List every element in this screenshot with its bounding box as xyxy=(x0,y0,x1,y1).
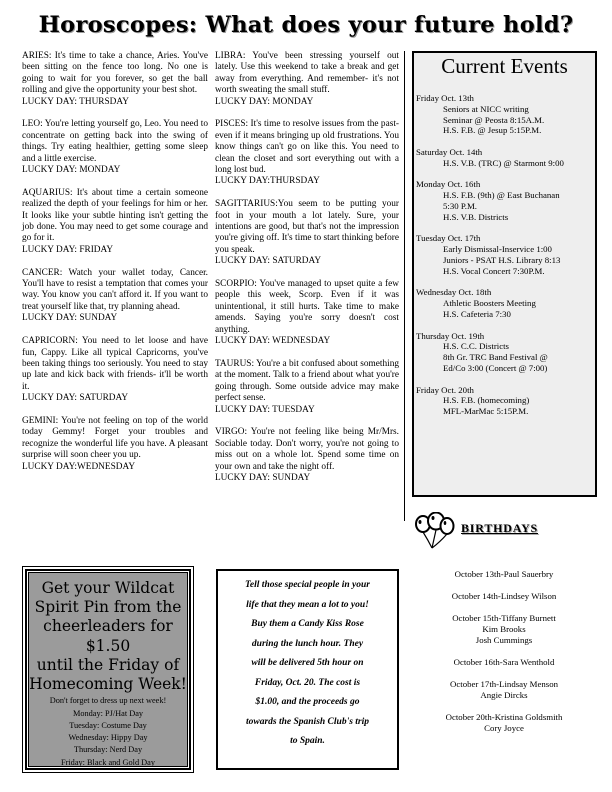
birthday-line: Cory Joyce xyxy=(414,723,594,734)
lucky-day: LUCKY DAY: SUNDAY xyxy=(215,473,399,484)
horoscope-text: VIRGO: You're not feeling like being Mr/… xyxy=(215,427,399,471)
column-divider xyxy=(404,51,405,521)
detail-line: Don't forget to dress up next week! xyxy=(29,695,187,707)
birthday-list: October 13th-Paul Sauerbry October 14th-… xyxy=(414,569,594,745)
event-item: Juniors - PSAT H.S. Library 8:13 xyxy=(414,255,595,266)
birthday-entry: October 14th-Lindsey Wilson xyxy=(414,591,594,602)
event-item: 5:30 P.M. xyxy=(414,201,595,212)
horoscope-text: SAGITTARIUS:You seem to be putting your … xyxy=(215,199,399,255)
horoscope-column-middle: LIBRA: You've been stressing yourself ou… xyxy=(215,51,399,496)
event-item: Ed/Co 3:00 (Concert @ 7:00) xyxy=(414,363,595,374)
birthday-entry: October 17th-Lindsay Menson Angie Dircks xyxy=(414,679,594,701)
horoscope-libra: LIBRA: You've been stressing yourself ou… xyxy=(215,51,399,108)
horoscope-text: PISCES: It's time to resolve issues from… xyxy=(215,119,399,175)
event-group: Monday Oct. 16th H.S. F.B. (9th) @ East … xyxy=(414,179,595,222)
rose-line: to Spain. xyxy=(218,732,397,752)
event-item: H.S. Cafeteria 7:30 xyxy=(414,309,595,320)
event-day: Friday Oct. 20th xyxy=(414,385,595,396)
lucky-day: LUCKY DAY:THURSDAY xyxy=(215,176,399,187)
event-item: H.S. Vocal Concert 7:30P.M. xyxy=(414,266,595,277)
birthday-line: October 14th-Lindsey Wilson xyxy=(414,591,594,602)
birthday-entry: October 15th-Tiffany Burnett Kim Brooks … xyxy=(414,613,594,646)
lucky-day: LUCKY DAY: WEDNESDAY xyxy=(215,336,399,347)
event-group: Thursday Oct. 19th H.S. C.C. Districts 8… xyxy=(414,331,595,374)
birthday-line: October 15th-Tiffany Burnett xyxy=(414,613,594,624)
birthday-line: October 13th-Paul Sauerbry xyxy=(414,569,594,580)
detail-line: Tuesday: Costume Day xyxy=(29,720,187,732)
horoscope-text: CANCER: Watch your wallet today, Cancer.… xyxy=(22,268,208,312)
birthday-line: October 17th-Lindsay Menson xyxy=(414,679,594,690)
spirit-pin-content: Get your Wildcat Spirit Pin from the che… xyxy=(28,572,188,767)
rose-line: life that they mean a lot to you! xyxy=(218,596,397,616)
event-group: Friday Oct. 13th Seniors at NICC writing… xyxy=(414,93,595,136)
event-group: Friday Oct. 20th H.S. F.B. (homecoming) … xyxy=(414,385,595,417)
headline-line: Get your Wildcat xyxy=(29,579,187,598)
rose-line: will be delivered 5th hour on xyxy=(218,654,397,674)
event-group: Saturday Oct. 14th H.S. V.B. (TRC) @ Sta… xyxy=(414,147,595,169)
horoscope-cancer: CANCER: Watch your wallet today, Cancer.… xyxy=(22,268,208,325)
birthday-line: Angie Dircks xyxy=(414,690,594,701)
horoscope-text: LIBRA: You've been stressing yourself ou… xyxy=(215,51,399,95)
lucky-day: LUCKY DAY: SATURDAY xyxy=(215,256,399,267)
event-group: Tuesday Oct. 17th Early Dismissal-Inserv… xyxy=(414,233,595,276)
lucky-day: LUCKY DAY: MONDAY xyxy=(215,97,399,108)
horoscope-text: SCORPIO: You've managed to upset quite a… xyxy=(215,279,399,335)
event-day: Tuesday Oct. 17th xyxy=(414,233,595,244)
event-item: H.S. F.B. (9th) @ East Buchanan xyxy=(414,190,595,201)
birthday-line: October 20th-Kristina Goldsmith xyxy=(414,712,594,723)
rose-line: Friday, Oct. 20. The cost is xyxy=(218,674,397,694)
lucky-day: LUCKY DAY:WEDNESDAY xyxy=(22,462,208,473)
horoscope-text: ARIES: It's time to take a chance, Aries… xyxy=(22,51,208,95)
event-item: H.S. V.B. Districts xyxy=(414,212,595,223)
event-item: MFL-MarMac 5:15P.M. xyxy=(414,406,595,417)
horoscope-taurus: TAURUS: You're a bit confused about some… xyxy=(215,359,399,416)
detail-line: Friday: Black and Gold Day xyxy=(29,757,187,769)
horoscope-text: CAPRICORN: You need to let loose and hav… xyxy=(22,336,208,392)
lucky-day: LUCKY DAY: TUESDAY xyxy=(215,405,399,416)
birthday-entry: October 16th-Sara Wenthold xyxy=(414,657,594,668)
horoscope-scorpio: SCORPIO: You've managed to upset quite a… xyxy=(215,279,399,347)
horoscope-text: AQUARIUS: It's about time a certain some… xyxy=(22,188,208,244)
event-item: Athletic Boosters Meeting xyxy=(414,298,595,309)
current-events-title: Current Events xyxy=(414,53,595,79)
event-item: Seniors at NICC writing xyxy=(414,104,595,115)
event-item: H.S. F.B. (homecoming) xyxy=(414,395,595,406)
horoscope-aquarius: AQUARIUS: It's about time a certain some… xyxy=(22,188,208,256)
horoscope-text: TAURUS: You're a bit confused about some… xyxy=(215,359,399,403)
horoscope-leo: LEO: You're letting yourself go, Leo. Yo… xyxy=(22,119,208,176)
birthdays-header: BIRTHDAYS xyxy=(414,512,594,552)
event-item: 8th Gr. TRC Band Festival @ xyxy=(414,352,595,363)
headline-line: Homecoming Week! xyxy=(29,675,187,694)
event-item: Seminar @ Peosta 8:15A.M. xyxy=(414,115,595,126)
dress-up-days: Don't forget to dress up next week! Mond… xyxy=(29,695,187,769)
lucky-day: LUCKY DAY: MONDAY xyxy=(22,165,208,176)
headline-line: Spirit Pin from the xyxy=(29,598,187,617)
horoscope-aries: ARIES: It's time to take a chance, Aries… xyxy=(22,51,208,108)
spirit-pin-frame: Get your Wildcat Spirit Pin from the che… xyxy=(25,569,191,770)
event-item: H.S. V.B. (TRC) @ Starmont 9:00 xyxy=(414,158,595,169)
lucky-day: LUCKY DAY: THURSDAY xyxy=(22,97,208,108)
rose-line: Tell those special people in your xyxy=(218,576,397,596)
birthday-entry: October 13th-Paul Sauerbry xyxy=(414,569,594,580)
horoscope-gemini: GEMINI: You're not feeling on top of the… xyxy=(22,416,208,473)
event-day: Friday Oct. 13th xyxy=(414,93,595,104)
event-group: Wednesday Oct. 18th Athletic Boosters Me… xyxy=(414,287,595,319)
horoscope-capricorn: CAPRICORN: You need to let loose and hav… xyxy=(22,336,208,404)
headline-line: until the Friday of xyxy=(29,656,187,675)
rose-line: during the lunch hour. They xyxy=(218,635,397,655)
page-title: Horoscopes: What does your future hold? xyxy=(0,12,612,38)
candy-rose-ad: Tell those special people in your life t… xyxy=(216,569,399,770)
birthday-line: Josh Cummings xyxy=(414,635,594,646)
horoscope-sagittarius: SAGITTARIUS:You seem to be putting your … xyxy=(215,199,399,267)
event-day: Monday Oct. 16th xyxy=(414,179,595,190)
rose-line: $1.00, and the proceeds go xyxy=(218,693,397,713)
rose-line: Buy them a Candy Kiss Rose xyxy=(218,615,397,635)
birthday-line: Kim Brooks xyxy=(414,624,594,635)
event-day: Thursday Oct. 19th xyxy=(414,331,595,342)
balloons-icon xyxy=(414,512,456,552)
spirit-pin-ad: Get your Wildcat Spirit Pin from the che… xyxy=(22,566,194,773)
detail-line: Wednesday: Hippy Day xyxy=(29,732,187,744)
event-item: H.S. F.B. @ Jesup 5:15P.M. xyxy=(414,125,595,136)
detail-line: Thursday: Nerd Day xyxy=(29,744,187,756)
current-events-box: Current Events Friday Oct. 13th Seniors … xyxy=(412,51,597,497)
horoscope-virgo: VIRGO: You're not feeling like being Mr/… xyxy=(215,427,399,484)
event-item: Early Dismissal-Inservice 1:00 xyxy=(414,244,595,255)
birthday-entry: October 20th-Kristina Goldsmith Cory Joy… xyxy=(414,712,594,734)
birthday-line: October 16th-Sara Wenthold xyxy=(414,657,594,668)
headline-line: cheerleaders for $1.50 xyxy=(29,617,187,655)
event-item: H.S. C.C. Districts xyxy=(414,341,595,352)
event-day: Saturday Oct. 14th xyxy=(414,147,595,158)
lucky-day: LUCKY DAY: SUNDAY xyxy=(22,313,208,324)
lucky-day: LUCKY DAY: SATURDAY xyxy=(22,393,208,404)
rose-line: towards the Spanish Club's trip xyxy=(218,713,397,733)
event-day: Wednesday Oct. 18th xyxy=(414,287,595,298)
horoscope-text: GEMINI: You're not feeling on top of the… xyxy=(22,416,208,460)
birthdays-title: BIRTHDAYS xyxy=(461,521,538,536)
horoscope-text: LEO: You're letting yourself go, Leo. Yo… xyxy=(22,119,208,163)
horoscope-column-left: ARIES: It's time to take a chance, Aries… xyxy=(22,51,208,484)
detail-line: Monday: PJ/Hat Day xyxy=(29,708,187,720)
spirit-pin-headline: Get your Wildcat Spirit Pin from the che… xyxy=(29,579,187,694)
horoscope-pisces: PISCES: It's time to resolve issues from… xyxy=(215,119,399,187)
lucky-day: LUCKY DAY: FRIDAY xyxy=(22,245,208,256)
